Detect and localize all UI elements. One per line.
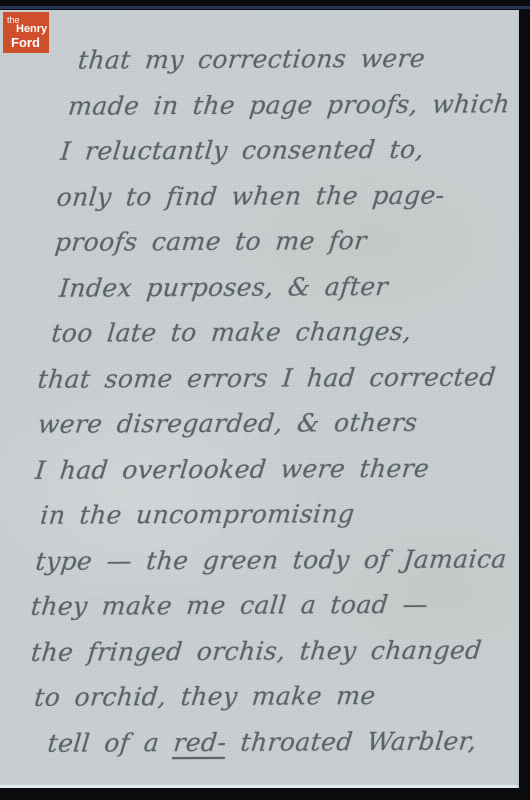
letter-line-segment: throated Warbler, <box>225 726 478 756</box>
logo-word-henry: Henry <box>16 24 47 35</box>
letter-page: that my corrections were made in the pag… <box>0 10 519 788</box>
letter-line: that some errors I had corrected <box>0 354 519 402</box>
backdrop-edge-line <box>0 6 530 9</box>
letter-text: that my corrections were made in the pag… <box>0 35 519 766</box>
letter-line-segment: tell of a <box>46 728 175 758</box>
letter-line: too late to make changes, <box>0 308 519 356</box>
letter-line: that my corrections were <box>0 35 519 83</box>
henry-ford-logo: the Henry Ford <box>3 12 49 53</box>
letter-line: to orchid, they make me <box>1 672 519 720</box>
letter-line: Index purposes, & after <box>0 263 519 311</box>
photo-background: that my corrections were made in the pag… <box>0 0 530 800</box>
letter-line: I had overlooked were there <box>0 445 519 493</box>
letter-line: made in the page proofs, which <box>0 81 519 129</box>
letter-line: proofs came to me for <box>0 217 519 265</box>
logo-word-ford: Ford <box>11 36 40 49</box>
letter-line: in the uncompromising <box>0 490 519 538</box>
letter-line: type — the green tody of Jamaica <box>0 536 519 584</box>
letter-line: were disregarded, & others <box>0 399 519 447</box>
underlined-word: red- <box>172 727 228 756</box>
letter-line: only to find when the page- <box>0 172 519 220</box>
letter-line: they make me call a toad — <box>1 581 519 629</box>
letter-line: tell of a red- throated Warbler, <box>1 718 519 766</box>
letter-line: I reluctantly consented to, <box>0 126 519 174</box>
letter-line: the fringed orchis, they changed <box>1 627 519 675</box>
